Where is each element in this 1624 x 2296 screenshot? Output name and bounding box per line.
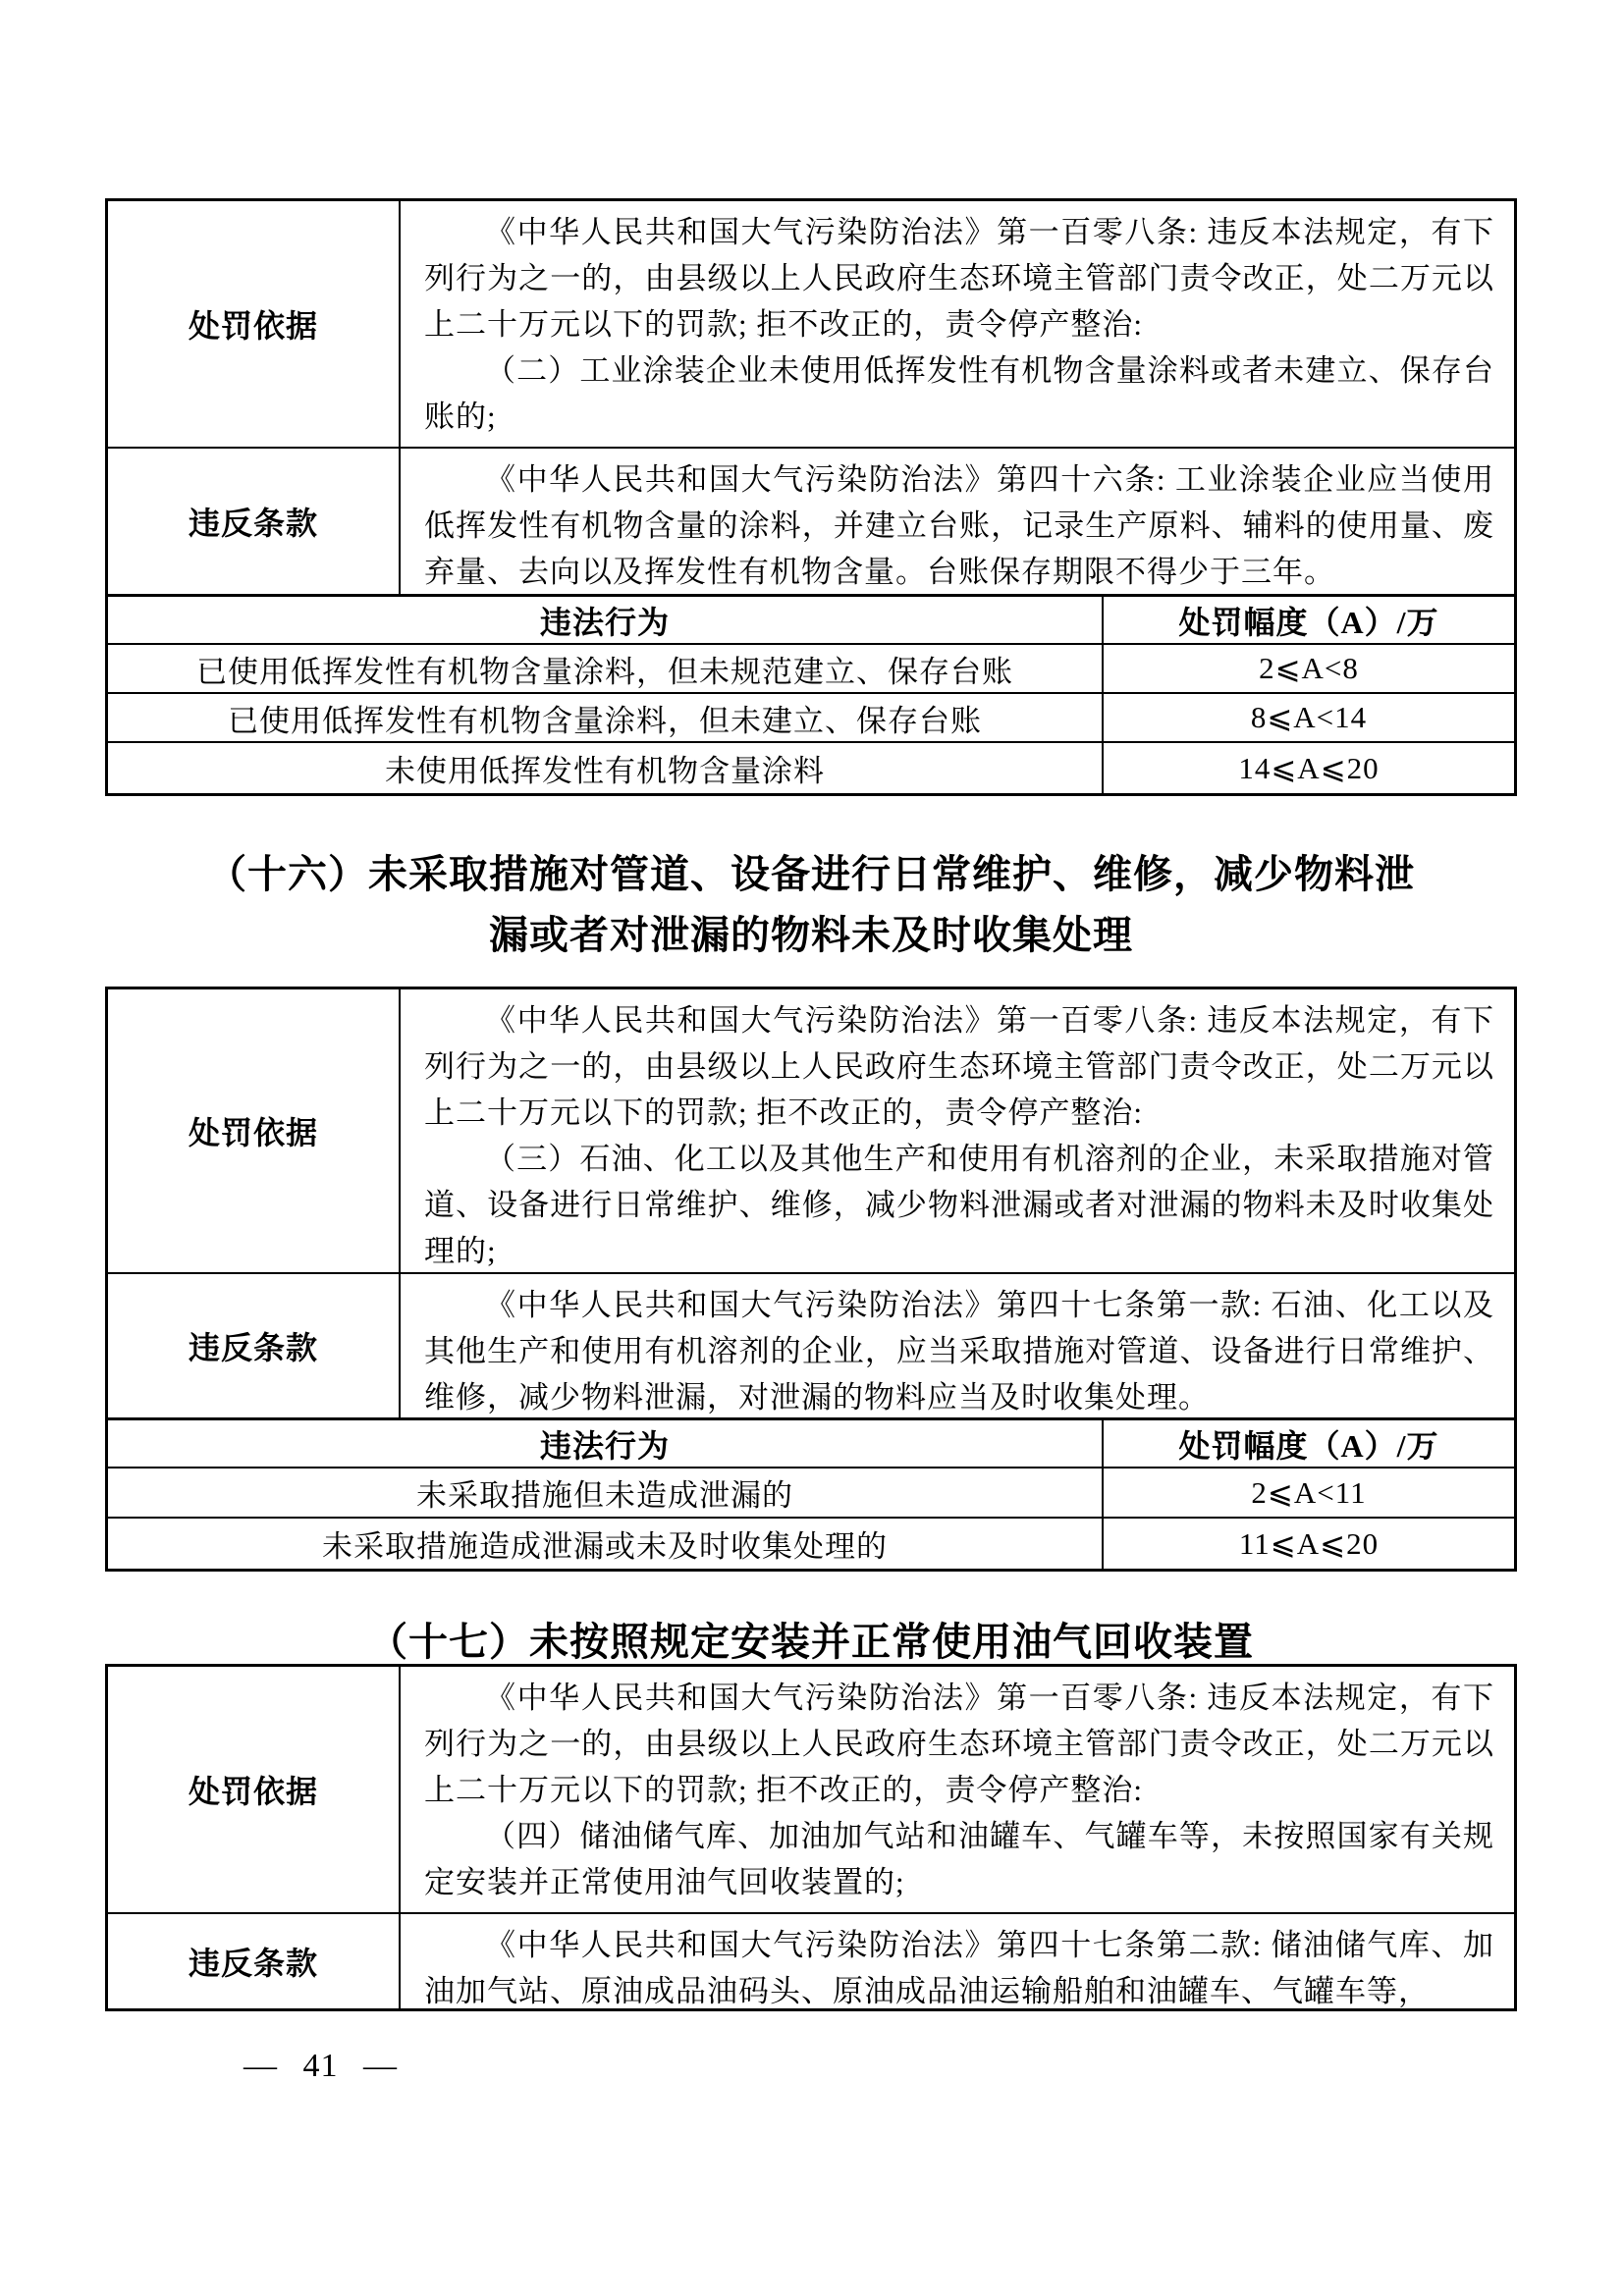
legal-paragraph: （四）储油储气库、加油加气站和油罐车、气罐车等，未按照国家有关规定安装并正常使用… [424, 1813, 1494, 1905]
penalty-basis-label: 处罚依据 [108, 989, 401, 1272]
illegal-act-cell: 未采取措施造成泄漏或未及时收集处理的 [108, 1519, 1104, 1569]
table-row: 未使用低挥发性有机物含量涂料 14⩽A⩽20 [108, 741, 1514, 793]
document-page: 处罚依据 《中华人民共和国大气污染防治法》第一百零八条: 违反本法规定，有下列行… [0, 0, 1624, 2296]
penalty-basis-label: 处罚依据 [108, 1667, 401, 1912]
illegal-act-header: 违法行为 [108, 1420, 1104, 1467]
legal-paragraph: 《中华人民共和国大气污染防治法》第一百零八条: 违反本法规定，有下列行为之一的，… [424, 997, 1494, 1136]
penalty-range-cell: 2⩽A<8 [1104, 645, 1514, 692]
page-number: — 41 — [244, 2048, 398, 2085]
penalty-range-header: 处罚幅度（A）/万 [1104, 597, 1514, 643]
illegal-act-cell: 已使用低挥发性有机物含量涂料，但未规范建立、保存台账 [108, 645, 1104, 692]
illegal-act-header: 违法行为 [108, 597, 1104, 643]
penalty-basis-text: 《中华人民共和国大气污染防治法》第一百零八条: 违反本法规定，有下列行为之一的，… [401, 1667, 1514, 1912]
table-row: 未采取措施造成泄漏或未及时收集处理的 11⩽A⩽20 [108, 1517, 1514, 1569]
table-row-penalty-basis: 处罚依据 《中华人民共和国大气污染防治法》第一百零八条: 违反本法规定，有下列行… [108, 201, 1514, 447]
penalty-range-cell: 2⩽A<11 [1104, 1468, 1514, 1517]
illegal-act-cell: 未使用低挥发性有机物含量涂料 [108, 743, 1104, 793]
violated-clause-label: 违反条款 [108, 1274, 401, 1417]
table-row-penalty-basis: 处罚依据 《中华人民共和国大气污染防治法》第一百零八条: 违反本法规定，有下列行… [108, 989, 1514, 1272]
violated-clause-text: 《中华人民共和国大气污染防治法》第四十七条第一款: 石油、化工以及其他生产和使用… [401, 1274, 1514, 1417]
table-row: 已使用低挥发性有机物含量涂料，但未建立、保存台账 8⩽A<14 [108, 692, 1514, 741]
table-row-penalty-basis: 处罚依据 《中华人民共和国大气污染防治法》第一百零八条: 违反本法规定，有下列行… [108, 1667, 1514, 1912]
penalty-range-cell: 11⩽A⩽20 [1104, 1519, 1514, 1569]
penalty-table-section-15: 处罚依据 《中华人民共和国大气污染防治法》第一百零八条: 违反本法规定，有下列行… [105, 198, 1517, 796]
table-header-row: 违法行为 处罚幅度（A）/万 [108, 1417, 1514, 1467]
legal-paragraph: 《中华人民共和国大气污染防治法》第一百零八条: 违反本法规定，有下列行为之一的，… [424, 1675, 1494, 1813]
violated-clause-label: 违反条款 [108, 1914, 401, 2008]
legal-paragraph: （二）工业涂装企业未使用低挥发性有机物含量涂料或者未建立、保存台账的; [424, 347, 1494, 440]
violated-clause-text: 《中华人民共和国大气污染防治法》第四十七条第二款: 储油储气库、加油加气站、原油… [401, 1914, 1514, 2008]
violated-clause-text: 《中华人民共和国大气污染防治法》第四十六条: 工业涂装企业应当使用低挥发性有机物… [401, 449, 1514, 594]
legal-paragraph: （三）石油、化工以及其他生产和使用有机溶剂的企业，未采取措施对管道、设备进行日常… [424, 1136, 1494, 1272]
penalty-basis-label: 处罚依据 [108, 201, 401, 447]
penalty-basis-text: 《中华人民共和国大气污染防治法》第一百零八条: 违反本法规定，有下列行为之一的，… [401, 989, 1514, 1272]
penalty-range-header: 处罚幅度（A）/万 [1104, 1420, 1514, 1467]
table-row: 已使用低挥发性有机物含量涂料，但未规范建立、保存台账 2⩽A<8 [108, 643, 1514, 692]
illegal-act-cell: 已使用低挥发性有机物含量涂料，但未建立、保存台账 [108, 694, 1104, 741]
heading-line: （十七）未按照规定安装并正常使用油气回收装置 [368, 1620, 1254, 1664]
penalty-range-cell: 8⩽A<14 [1104, 694, 1514, 741]
legal-paragraph: 《中华人民共和国大气污染防治法》第四十六条: 工业涂装企业应当使用低挥发性有机物… [424, 456, 1494, 594]
illegal-act-cell: 未采取措施但未造成泄漏的 [108, 1468, 1104, 1517]
table-row-violated-clause: 违反条款 《中华人民共和国大气污染防治法》第四十六条: 工业涂装企业应当使用低挥… [108, 447, 1514, 594]
table-row: 未采取措施但未造成泄漏的 2⩽A<11 [108, 1467, 1514, 1517]
penalty-basis-text: 《中华人民共和国大气污染防治法》第一百零八条: 违反本法规定，有下列行为之一的，… [401, 201, 1514, 447]
table-row-violated-clause: 违反条款 《中华人民共和国大气污染防治法》第四十七条第一款: 石油、化工以及其他… [108, 1272, 1514, 1417]
penalty-table-section-16: 处罚依据 《中华人民共和国大气污染防治法》第一百零八条: 违反本法规定，有下列行… [105, 987, 1517, 1572]
heading-line: 漏或者对泄漏的物料未及时收集处理 [489, 913, 1133, 957]
heading-line: （十六）未采取措施对管道、设备进行日常维护、维修，减少物料泄 [207, 852, 1415, 896]
table-row-violated-clause: 违反条款 《中华人民共和国大气污染防治法》第四十七条第二款: 储油储气库、加油加… [108, 1912, 1514, 2008]
penalty-range-cell: 14⩽A⩽20 [1104, 743, 1514, 793]
legal-paragraph: 《中华人民共和国大气污染防治法》第一百零八条: 违反本法规定，有下列行为之一的，… [424, 209, 1494, 347]
legal-paragraph: 《中华人民共和国大气污染防治法》第四十七条第二款: 储油储气库、加油加气站、原油… [424, 1922, 1494, 2008]
section-16-heading: （十六）未采取措施对管道、设备进行日常维护、维修，减少物料泄 漏或者对泄漏的物料… [105, 844, 1517, 966]
violated-clause-label: 违反条款 [108, 449, 401, 594]
table-header-row: 违法行为 处罚幅度（A）/万 [108, 594, 1514, 643]
penalty-table-section-17: 处罚依据 《中华人民共和国大气污染防治法》第一百零八条: 违反本法规定，有下列行… [105, 1664, 1517, 2011]
legal-paragraph: 《中华人民共和国大气污染防治法》第四十七条第一款: 石油、化工以及其他生产和使用… [424, 1282, 1494, 1417]
